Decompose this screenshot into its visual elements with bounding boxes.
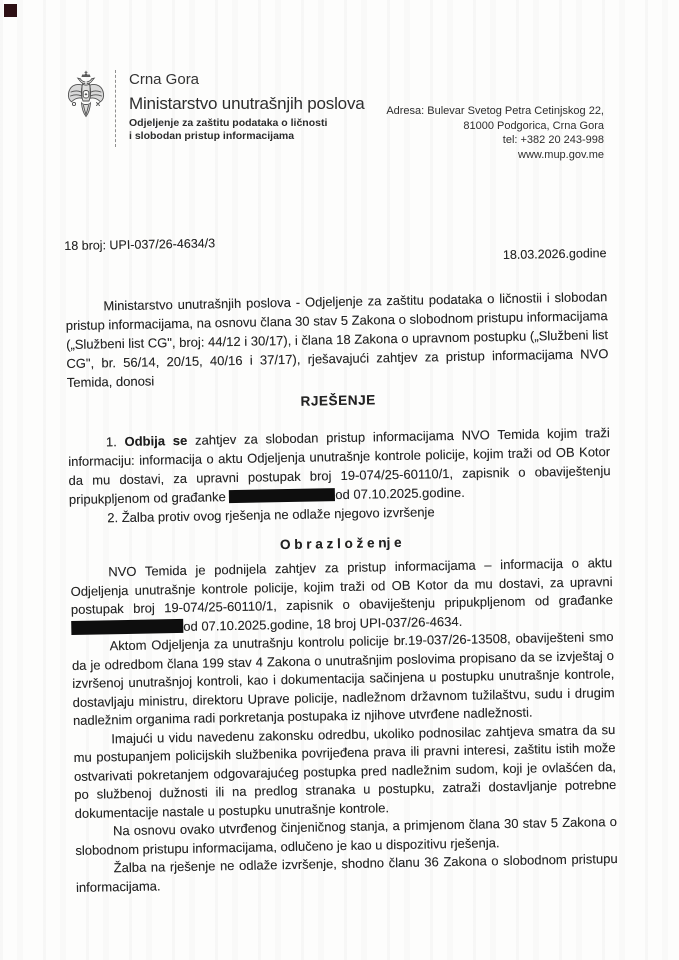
department-line-2: i slobodan pristup informacijama	[129, 130, 365, 143]
scanned-document-page: Crna Gora Ministarstvo unutrašnjih poslo…	[0, 0, 679, 960]
address-block: Adresa: Bulevar Svetog Petra Cetinjskog …	[386, 104, 604, 162]
item-1-number: 1.	[106, 434, 117, 449]
address-line-4: www.mup.gov.me	[386, 148, 604, 163]
explanation-paragraph-3: Imajući u vidu navedenu zakonsku odredbu…	[73, 721, 617, 823]
document-body: 18 broj: UPI-037/26-4634/3 18.03.2026.go…	[64, 227, 618, 897]
address-line-3: tel: +382 20 243-998	[386, 133, 604, 148]
decision-item-1: 1. Odbija se zahtjev za slobodan pristup…	[68, 423, 611, 509]
address-line-1: Adresa: Bulevar Svetog Petra Cetinjskog …	[386, 104, 604, 119]
item-1-bold-phrase: Odbija se	[124, 433, 187, 449]
address-line-2: 81000 Podgorica, Crna Gora	[386, 119, 604, 134]
country-name: Crna Gora	[129, 71, 365, 88]
letterhead: Crna Gora Ministarstvo unutrašnjih poslo…	[66, 70, 679, 165]
explanation-heading: O b r a z l o ž e nj e	[70, 529, 612, 558]
ministry-name: Ministarstvo unutrašnjih poslova	[129, 94, 365, 114]
department-line-1: Odjeljenje za zaštitu podataka o ličnost…	[129, 117, 365, 130]
explanation-paragraph-2: Aktom Odjeljenja za unutrašnju kontrolu …	[71, 628, 615, 730]
redaction-box	[229, 488, 335, 503]
explanation-1-text-after: od 07.10.2025.godine, 18 broj UPI-037/26…	[183, 613, 462, 633]
montenegro-coat-of-arms-icon	[66, 70, 106, 122]
explanation-1-text: NVO Temida je podnijela zahtjev za prist…	[70, 555, 613, 617]
redaction-box	[71, 618, 183, 634]
intro-paragraph: Ministarstvo unutrašnjih poslova - Odjel…	[65, 287, 609, 392]
brand-text-block: Crna Gora Ministarstvo unutrašnjih poslo…	[115, 70, 365, 147]
scan-corner-mark	[4, 4, 17, 17]
explanation-paragraph-1: NVO Temida je podnijela zahtjev za prist…	[70, 554, 613, 638]
item-1-text-after: od 07.10.2025.godine.	[335, 485, 465, 502]
